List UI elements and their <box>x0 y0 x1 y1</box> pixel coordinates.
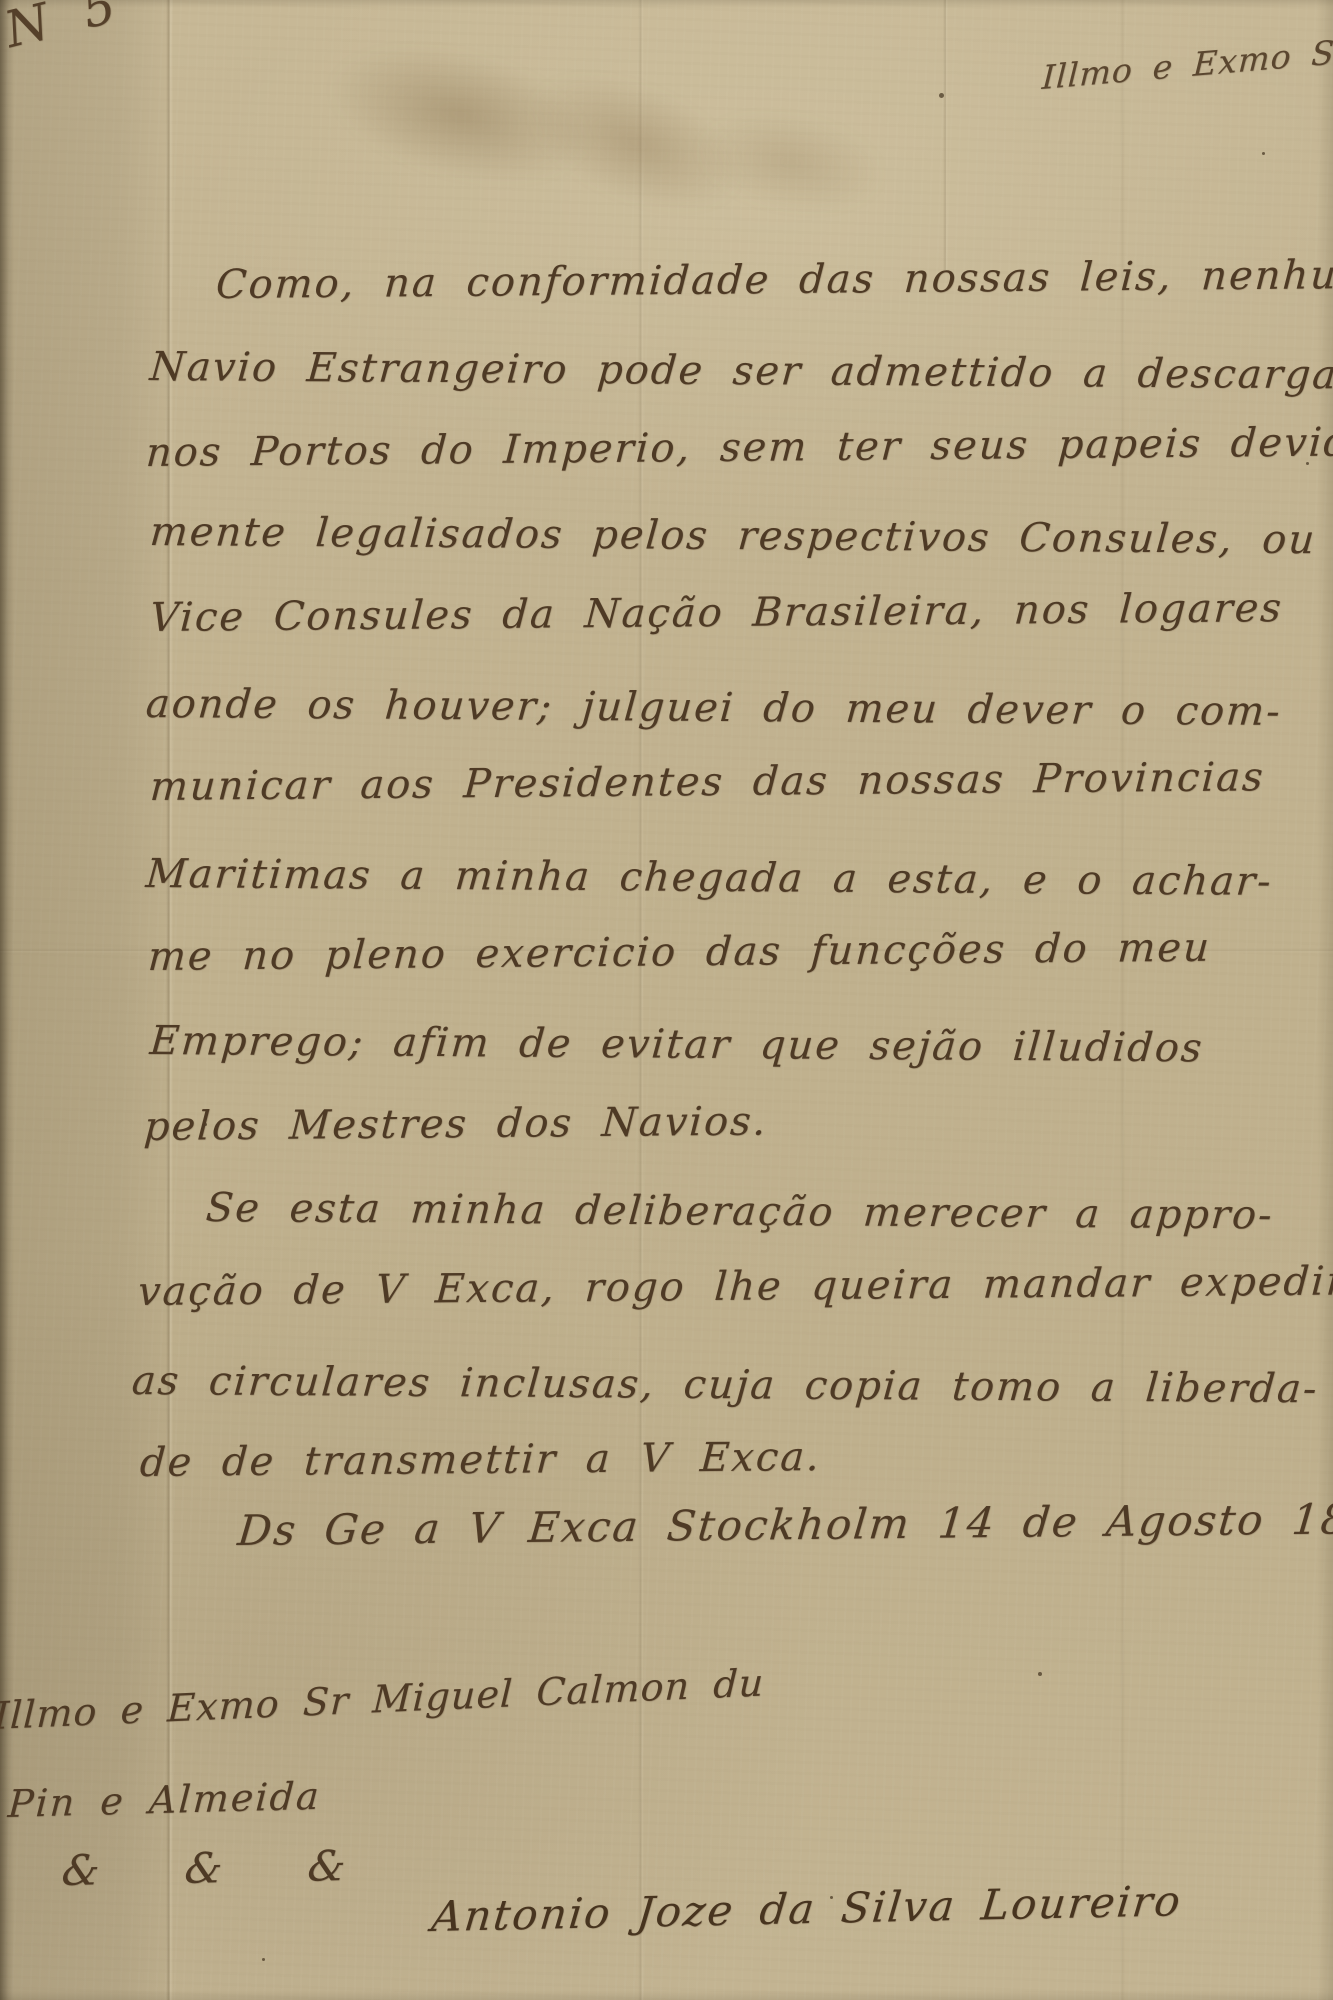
body-line: nos Portos do Imperio, sem ter seus pape… <box>145 419 1333 476</box>
body-line: mente legalisados pelos respectivos Cons… <box>148 509 1318 563</box>
body-line: Maritimas a minha chegada a esta, e o ac… <box>144 851 1274 905</box>
body-line: de de transmettir a V Exca. <box>139 1434 823 1486</box>
ink-smudge <box>688 99 892 226</box>
body-line: as circulares inclusas, cuja copia tomo … <box>130 1358 1320 1412</box>
body-line: municar aos Presidentes das nossas Provi… <box>149 754 1267 810</box>
paper-speck <box>262 1958 265 1961</box>
body-line: Como, na conformidade das nossas leis, n… <box>215 252 1333 308</box>
ink-smudge <box>314 21 606 208</box>
body-line: vação de V Exca, rogo lhe queira mandar … <box>137 1258 1333 1315</box>
page-edge-shadow <box>0 0 1333 8</box>
body-line: aonde os houver; julguei do meu dever o … <box>144 681 1283 735</box>
body-line: Se esta minha deliberação merecer a appr… <box>204 1185 1275 1238</box>
paper-speck <box>939 93 944 98</box>
addressee-line: Pin e Almeida <box>7 1774 322 1826</box>
body-line: Navio Estrangeiro pode ser admettido a d… <box>148 344 1333 398</box>
page-edge-shadow <box>0 1990 1333 2000</box>
etcetera-marks: & & & <box>60 1841 348 1895</box>
paper-speck <box>1262 152 1265 155</box>
manuscript-page: N 5 Illmo e Exmo Sr Como, na conformidad… <box>0 0 1333 2000</box>
body-line: me no pleno exercicio das funcções do me… <box>147 925 1213 980</box>
dateline: Ds Ge a V Exca Stockholm 14 de Agosto 18… <box>236 1494 1333 1555</box>
signature: Antonio Joze da Silva Loureiro <box>430 1876 1185 1941</box>
page-edge-shadow <box>1317 0 1333 2000</box>
vertical-fold-crease <box>943 0 948 270</box>
body-line: pelos Mestres dos Navios. <box>143 1099 769 1150</box>
salutation: Illmo e Exmo Sr <box>1041 31 1333 97</box>
ink-smudge <box>507 46 763 239</box>
paper-speck <box>1038 1672 1042 1676</box>
body-line: Vice Consules da Nação Brasileira, nos l… <box>149 585 1285 641</box>
body-line: Emprego; afim de evitar que sejão illudi… <box>148 1018 1205 1071</box>
